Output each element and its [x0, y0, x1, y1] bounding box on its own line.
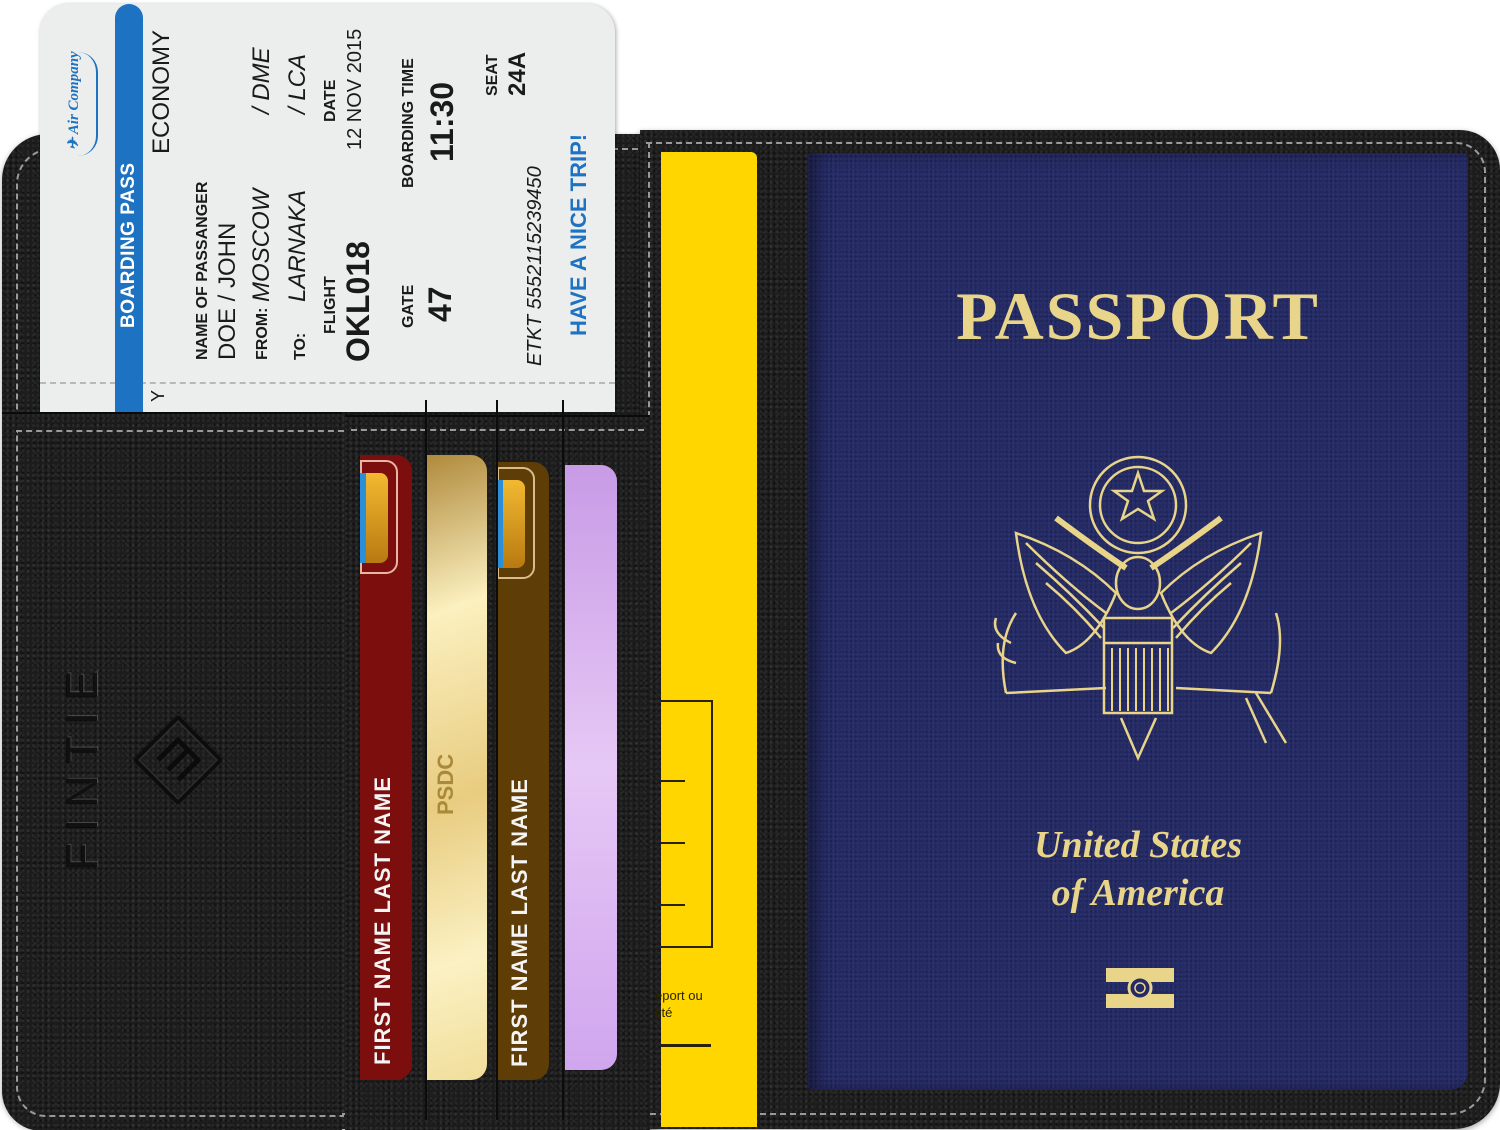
flight-label: FLIGHT [322, 276, 340, 334]
yellow-document[interactable] [661, 152, 757, 1127]
flight-number: OKL018 [340, 241, 377, 362]
passport-country: United States of America [808, 821, 1468, 917]
document-text-line: eport ou [655, 987, 703, 1004]
seat-number: 24A [504, 52, 532, 96]
from-code: / DME [248, 47, 276, 114]
to-label: TO: [292, 333, 310, 360]
boarding-pass-header: BOARDING PASS [118, 162, 140, 328]
chip-icon [360, 473, 388, 563]
slot-divider [415, 400, 427, 1120]
card-brand: PSDC [433, 754, 459, 815]
stub-letter: Y [148, 390, 169, 402]
document-text: eport ou tité [655, 987, 703, 1021]
cardholder-name: FIRST NAME LAST NAME [507, 778, 533, 1067]
airline-swoosh [78, 52, 98, 156]
passport-title: PASSPORT [808, 277, 1468, 356]
flight-date: 12 NOV 2015 [344, 29, 367, 150]
to-code: / LCA [284, 54, 312, 114]
form-line [661, 1044, 711, 1047]
from-city: MOSCOW [248, 189, 276, 302]
cardholder-name: FIRST NAME LAST NAME [370, 776, 396, 1065]
brand-logo-icon [128, 710, 228, 810]
to-city: LARNAKA [284, 190, 312, 302]
slot-divider [552, 400, 564, 1120]
document-text-line: tité [655, 1004, 703, 1021]
document-form-box [661, 700, 713, 948]
chip-icon [497, 480, 525, 568]
boarding-pass[interactable]: BOARDING PASS Y ✈ Air Company ECONOMY NA… [40, 4, 615, 412]
greeting-message: HAVE A NICE TRIP! [566, 134, 592, 336]
from-label: FROM: [254, 308, 272, 360]
card-purple[interactable]: CREDIT CARD [565, 465, 617, 1070]
boarding-time-label: BOARDING TIME [400, 58, 418, 188]
date-label: DATE [322, 80, 340, 122]
card-gold[interactable]: PSDC [427, 455, 487, 1080]
card-brown[interactable]: FIRST NAME LAST NAME [497, 462, 549, 1080]
card-label: CREDIT CARD [565, 665, 567, 872]
card-red[interactable]: FIRST NAME LAST NAME [360, 455, 412, 1080]
slot-divider [490, 400, 498, 1120]
passenger-name: DOE / JOHN [214, 223, 242, 360]
boarding-time: 11:30 [424, 82, 461, 162]
passport[interactable]: PASSPORT United States of America [808, 153, 1468, 1090]
great-seal-eagle-icon [986, 443, 1291, 763]
passenger-label: NAME OF PASSANGER [194, 182, 212, 360]
gate-label: GATE [400, 285, 418, 328]
travel-class: ECONOMY [148, 30, 176, 154]
boarding-pass-content: BOARDING PASS Y ✈ Air Company ECONOMY NA… [40, 4, 615, 412]
seat-label: SEAT [484, 55, 502, 96]
form-line [661, 780, 685, 782]
form-line [661, 904, 685, 906]
country-line: United States [808, 821, 1468, 869]
ticket-number: ETKT 5552115239450 [524, 166, 547, 366]
country-line: of America [808, 869, 1468, 917]
epassport-chip-icon [1106, 968, 1174, 1008]
brand-wordmark: FINTIE [58, 659, 108, 870]
gate-number: 47 [422, 286, 459, 322]
form-line [661, 842, 685, 844]
